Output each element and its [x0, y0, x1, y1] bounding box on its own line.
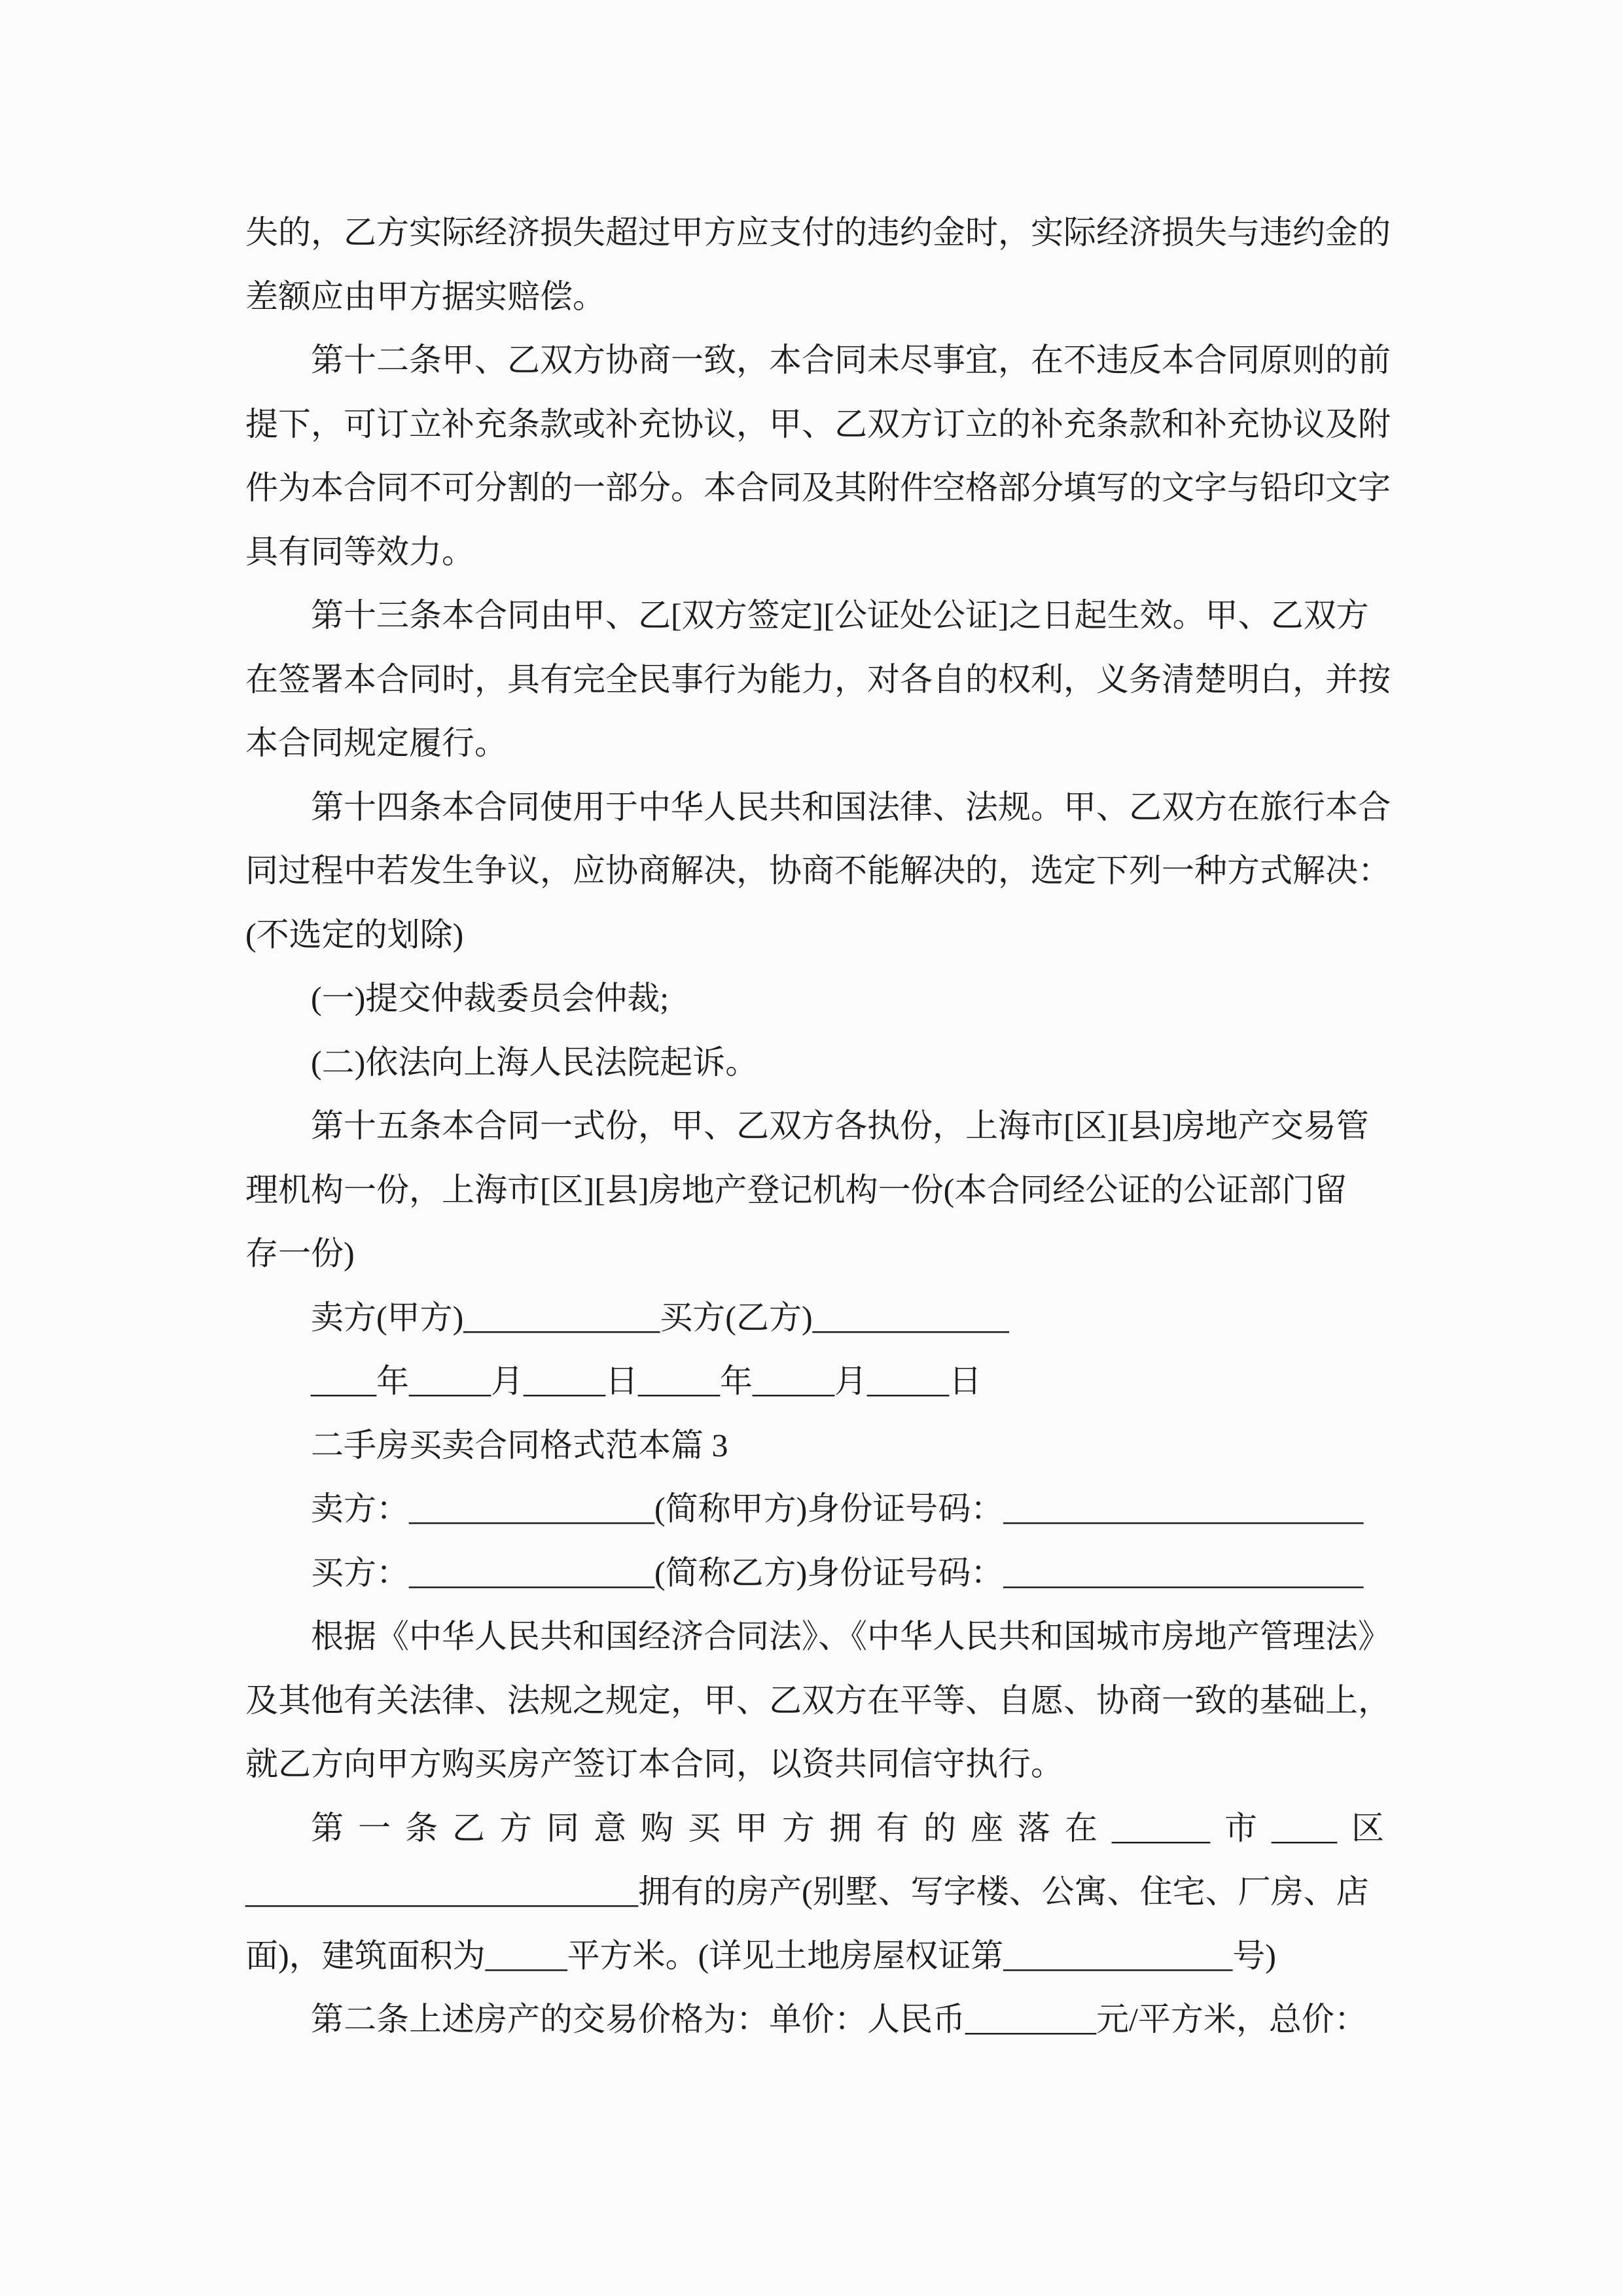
contract-clause-13: 第十三条本合同由甲、乙[双方签定][公证处公证]之日起生效。甲、乙双方 — [245, 584, 1384, 648]
contract-clause-2: 第二条上述房产的交易价格为：单价：人民币________元/平方米，总价： — [245, 1988, 1384, 2052]
contract-line: 就乙方向甲方购买房产签订本合同，以资共同信守执行。 — [245, 1732, 1384, 1797]
contract-line: (不选定的划除) — [245, 903, 1384, 967]
date-line: ____年_____月_____日_____年_____月_____日 — [245, 1350, 1384, 1414]
contract-clause-1: 第一条乙方同意购买甲方拥有的座落在______市____区 — [245, 1797, 1384, 1861]
contract-line: 存一份) — [245, 1222, 1384, 1286]
seller-id-line: 卖方：_______________(简称甲方)身份证号码：__________… — [245, 1477, 1384, 1541]
contract-clause-14: 第十四条本合同使用于中华人民共和国法律、法规。甲、乙双方在旅行本合 — [245, 776, 1384, 840]
contract-line: 提下，可订立补充条款或补充协议，甲、乙双方订立的补充条款和补充协议及附 — [245, 393, 1384, 457]
contract-line: 件为本合同不可分割的一部分。本合同及其附件空格部分填写的文字与铅印文字 — [245, 456, 1384, 520]
contract-line: ________________________拥有的房产(别墅、写字楼、公寓、… — [245, 1860, 1384, 1924]
contract-line: 根据《中华人民共和国经济合同法》、《中华人民共和国城市房地产管理法》 — [245, 1605, 1384, 1669]
contract-clause-15: 第十五条本合同一式份，甲、乙双方各执份，上海市[区][县]房地产交易管 — [245, 1094, 1384, 1158]
contract-line: 具有同等效力。 — [245, 520, 1384, 584]
contract-option-2: (二)依法向上海人民法院起诉。 — [245, 1031, 1384, 1095]
contract-line: 及其他有关法律、法规之规定，甲、乙双方在平等、自愿、协商一致的基础上， — [245, 1669, 1384, 1733]
document-page: 失的，乙方实际经济损失超过甲方应支付的违约金时，实际经济损失与违约金的 差额应由… — [0, 0, 1623, 2296]
contract-line: 理机构一份，上海市[区][县]房地产登记机构一份(本合同经公证的公证部门留 — [245, 1158, 1384, 1223]
buyer-id-line: 买方：_______________(简称乙方)身份证号码：__________… — [245, 1541, 1384, 1605]
contract-line: 差额应由甲方据实赔偿。 — [245, 265, 1384, 329]
contract-line: 同过程中若发生争议，应协商解决，协商不能解决的，选定下列一种方式解决： — [245, 839, 1384, 903]
contract-clause-12: 第十二条甲、乙双方协商一致，本合同未尽事宜，在不违反本合同原则的前 — [245, 329, 1384, 393]
contract-option-1: (一)提交仲裁委员会仲裁; — [245, 967, 1384, 1031]
contract-line: 面)，建筑面积为_____平方米。(详见土地房屋权证第_____________… — [245, 1924, 1384, 1988]
contract-line: 本合同规定履行。 — [245, 711, 1384, 776]
signature-line: 卖方(甲方)____________买方(乙方)____________ — [245, 1286, 1384, 1350]
section-title: 二手房买卖合同格式范本篇 3 — [245, 1414, 1384, 1478]
contract-line: 失的，乙方实际经济损失超过甲方应支付的违约金时，实际经济损失与违约金的 — [245, 201, 1384, 265]
contract-line: 在签署本合同时，具有完全民事行为能力，对各自的权利，义务清楚明白，并按 — [245, 648, 1384, 712]
